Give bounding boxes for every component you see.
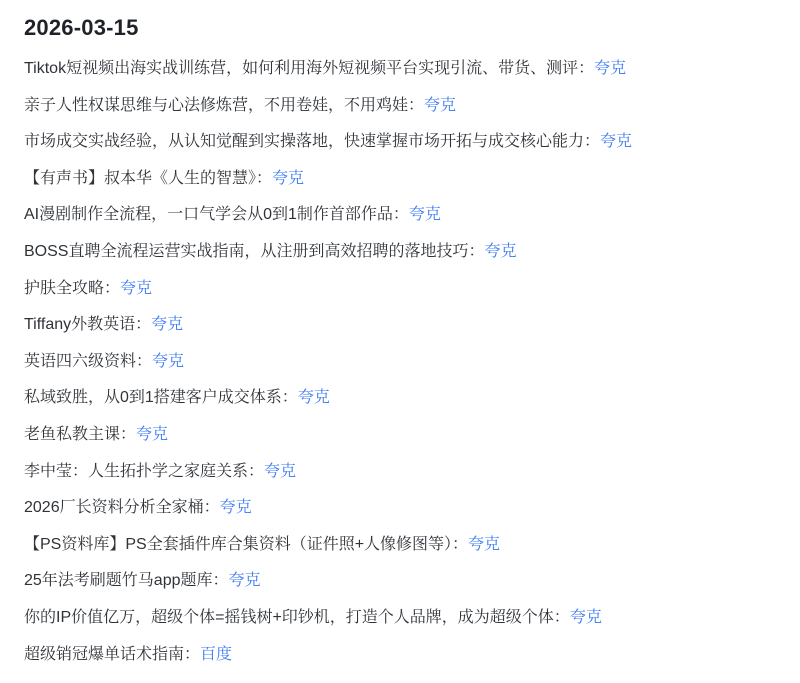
item-text: 【PS资料库】PS全套插件库合集资料（证件照+人像修图等）： — [24, 536, 468, 553]
link-list-item: Tiffany外教英语：夸克 — [24, 307, 776, 344]
item-text: 超级销冠爆单话术指南： — [24, 646, 200, 663]
item-link[interactable]: 百度 — [200, 646, 232, 663]
link-list-item: 市场成交实战经验，从认知觉醒到实操落地，快速掌握市场开拓与成交核心能力：夸克 — [24, 124, 776, 161]
item-link[interactable]: 夸克 — [136, 426, 168, 443]
item-link[interactable]: 夸克 — [570, 609, 602, 626]
link-list-item: 英语四六级资料：夸克 — [24, 344, 776, 381]
item-link[interactable]: 夸克 — [298, 389, 330, 406]
item-text: 市场成交实战经验，从认知觉醒到实操落地，快速掌握市场开拓与成交核心能力： — [24, 133, 600, 150]
item-link[interactable]: 夸克 — [468, 536, 500, 553]
link-list-item: 李中莹：人生拓扑学之家庭关系：夸克 — [24, 454, 776, 491]
link-list-item: 【PS资料库】PS全套插件库合集资料（证件照+人像修图等）：夸克 — [24, 527, 776, 564]
link-list-item: 老鱼私教主课：夸克 — [24, 417, 776, 454]
item-text: AI漫剧制作全流程，一口气学会从0到1制作首部作品： — [24, 206, 409, 223]
item-link[interactable]: 夸克 — [152, 353, 184, 370]
item-link[interactable]: 夸克 — [594, 60, 626, 77]
link-list-item: 超级销冠爆单话术指南：百度 — [24, 637, 776, 674]
item-link[interactable]: 夸克 — [120, 280, 152, 297]
item-link[interactable]: 夸克 — [409, 206, 441, 223]
link-list-item: AI漫剧制作全流程，一口气学会从0到1制作首部作品：夸克 — [24, 197, 776, 234]
item-text: 李中莹：人生拓扑学之家庭关系： — [24, 463, 264, 480]
link-list-item: 2026厂长资料分析全家桶：夸克 — [24, 490, 776, 527]
link-list-item: 【有声书】叔本华《人生的智慧》：夸克 — [24, 161, 776, 198]
item-text: 私域致胜，从0到1搭建客户成交体系： — [24, 389, 298, 406]
link-list-item: 25年法考刷题竹马app题库：夸克 — [24, 563, 776, 600]
item-link[interactable]: 夸克 — [424, 97, 456, 114]
item-link[interactable]: 夸克 — [151, 316, 183, 333]
item-text: 2026厂长资料分析全家桶： — [24, 499, 220, 516]
link-list-item: 护肤全攻略：夸克 — [24, 271, 776, 308]
link-list-item: BOSS直聘全流程运营实战指南，从注册到高效招聘的落地技巧：夸克 — [24, 234, 776, 271]
item-text: Tiktok短视频出海实战训练营，如何利用海外短视频平台实现引流、带货、测评： — [24, 60, 594, 77]
item-text: 25年法考刷题竹马app题库： — [24, 572, 229, 589]
link-list-item: 你的IP价值亿万，超级个体=摇钱树+印钞机，打造个人品牌，成为超级个体：夸克 — [24, 600, 776, 637]
item-link[interactable]: 夸克 — [220, 499, 252, 516]
item-text: Tiffany外教英语： — [24, 316, 151, 333]
item-link[interactable]: 夸克 — [484, 243, 516, 260]
item-text: 英语四六级资料： — [24, 353, 152, 370]
item-link[interactable]: 夸克 — [272, 170, 304, 187]
link-list-item: 亲子人性权谋思维与心法修炼营，不用卷娃，不用鸡娃：夸克 — [24, 88, 776, 125]
item-text: 你的IP价值亿万，超级个体=摇钱树+印钞机，打造个人品牌，成为超级个体： — [24, 609, 570, 626]
item-link[interactable]: 夸克 — [600, 133, 632, 150]
item-text: 亲子人性权谋思维与心法修炼营，不用卷娃，不用鸡娃： — [24, 97, 424, 114]
item-text: 护肤全攻略： — [24, 280, 120, 297]
date-heading: 2026-03-15 — [24, 13, 776, 42]
item-text: 老鱼私教主课： — [24, 426, 136, 443]
item-text: BOSS直聘全流程运营实战指南，从注册到高效招聘的落地技巧： — [24, 243, 484, 260]
link-list-item: Tiktok短视频出海实战训练营，如何利用海外短视频平台实现引流、带货、测评：夸… — [24, 51, 776, 88]
item-text: 【有声书】叔本华《人生的智慧》： — [24, 170, 272, 187]
item-link[interactable]: 夸克 — [229, 572, 261, 589]
daily-links-page: 2026-03-15 Tiktok短视频出海实战训练营，如何利用海外短视频平台实… — [0, 0, 800, 673]
link-list-item: 私域致胜，从0到1搭建客户成交体系：夸克 — [24, 380, 776, 417]
link-list: Tiktok短视频出海实战训练营，如何利用海外短视频平台实现引流、带货、测评：夸… — [24, 51, 776, 673]
item-link[interactable]: 夸克 — [264, 463, 296, 480]
